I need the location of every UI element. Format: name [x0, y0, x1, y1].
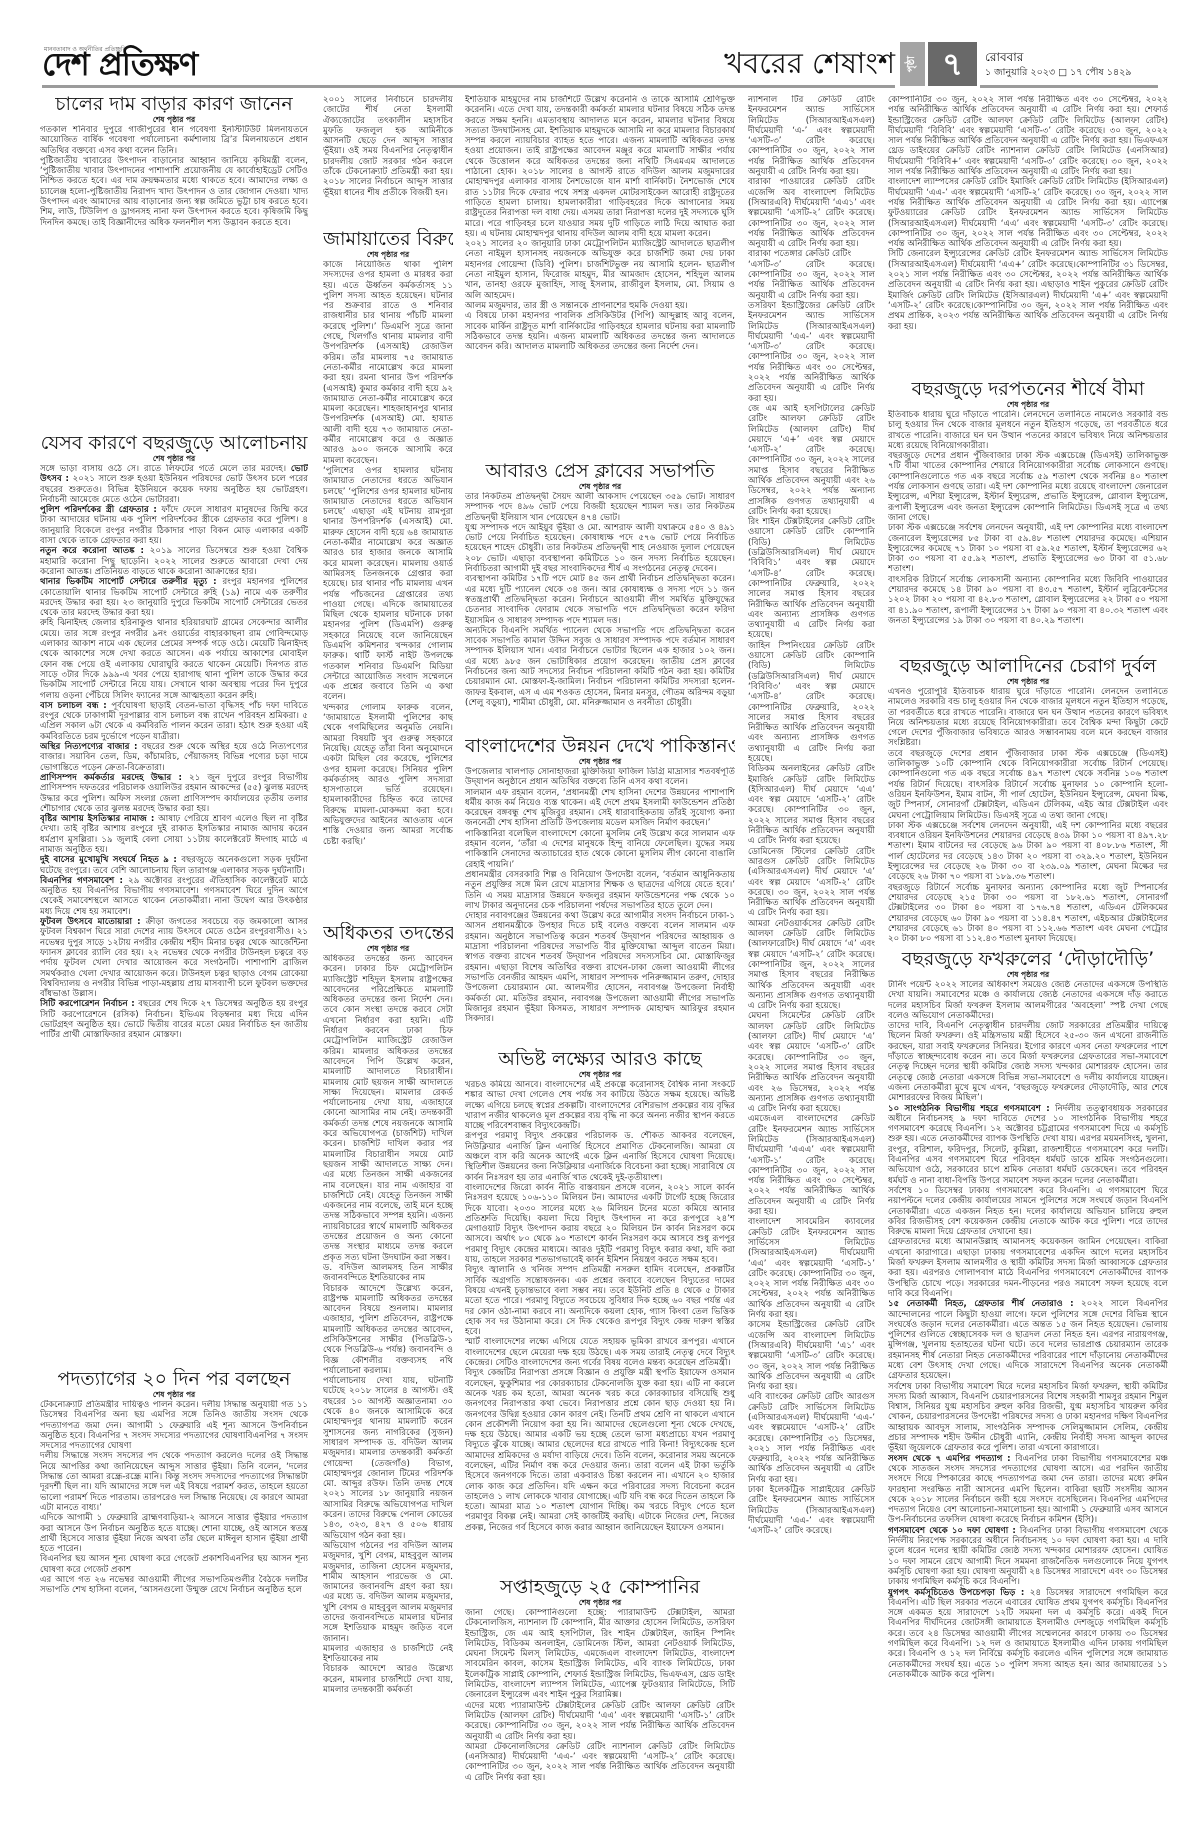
paragraph-text: তসরিফা ইন্ডাস্ট্রিজের ক্রেডিট রেটিং ইনফর…	[748, 301, 875, 404]
paragraph-text: ঢাকা ইলেকট্রিক সাপ্লাইয়ের ক্রেডিট রেটিং…	[748, 1485, 875, 1536]
paragraph-text: বিচারক আদেশে আরও উল্লেখ্য করেন, মামলার চ…	[323, 1664, 453, 1695]
paragraph: ব্যবস্থাপনা কমিটির ১৭টি পদে মোট ৪৫ জন প্…	[465, 574, 735, 625]
article-headline: বছরজুড়ে দরপতনের শীর্ষে বীমা	[888, 378, 1168, 400]
paragraph-text: টার্নিং পয়েন্ট ২০২২ সালের অধিকাংশ সময়ে…	[888, 980, 1168, 1021]
paragraph-text: ক্রীড়া জগতের সবচেয়ে বড় জমকালো আসর ফুট…	[40, 917, 308, 999]
paragraph-text: ঢাকা স্টক এক্সচেঞ্জে সর্বশেষ লেনদেন অনুয…	[888, 523, 1168, 574]
paragraph: কাজে নিয়োজিত থাকা পুলিশ সদস্যদের ওপর হা…	[323, 260, 453, 466]
paragraph-text: আলম মজুমদার, তার স্ত্রী ও সন্তানকে প্রাণ…	[465, 301, 688, 311]
article-headline: পদত্যাগের ২০ দিন পর বলছেন	[40, 1368, 308, 1390]
paragraph-text: সর্বশেষ ১০ ডিসেম্বর ঢাকায় গণসমাবেশ করে …	[888, 1186, 1168, 1237]
paragraph-text: ২০২১ সালের ২০ জানুয়ারি ঢাকা মেট্রোপলিটন…	[465, 239, 735, 300]
paragraph-text: পর্যালোচনায় দেখা যায়, ঘটনাটি ঘটেছে ২০১…	[323, 1376, 453, 1540]
paragraph-text: পুষ্টিজাতীয় খাবারের উৎপাদন বাড়ানোর আহ্…	[40, 156, 308, 228]
newspaper-logo: দেশ প্রতিক্ষণ	[42, 48, 197, 80]
paragraph-text: অভিযোগ গঠনের পর বদিউল আলম মজুমদার, খুশি …	[323, 1541, 453, 1644]
paragraph: এখনও পুরোপুরি ইতিবাচক ধারায় ঘুরে দাঁড়া…	[888, 687, 1168, 749]
paragraph-text: ব্যবস্থাপনা কমিটির ১৭টি পদে মোট ৪৫ জন প্…	[465, 574, 735, 625]
paragraph: বিএনপির ছয় আসন শূন্য ঘোষণা করে গেজেট প্…	[40, 1554, 308, 1575]
paragraph-text: কাজে নিয়োজিত থাকা পুলিশ সদস্যদের ওপর হা…	[323, 260, 453, 466]
paragraph-text: বিচারক আদেশে উল্লেখ্য করেন, রাষ্ট্রপক্ষ …	[323, 1284, 453, 1376]
paragraph-text: ড. বদিউল আলমসহ তিন সাক্ষীর জবানবন্দিতে ই…	[323, 1263, 453, 1283]
paragraph-text: জে এম আই হসপিটালের ক্রেডিট রেটিং আলফা ক্…	[748, 404, 875, 517]
paragraph-text: ‘পুলিশের ওপর হামলার ঘটনায় জামায়াত নেতা…	[323, 466, 453, 703]
paragraph: ডোমিনেজ স্টিলের ক্রেডিট রেটিং আরগুস ক্রে…	[748, 847, 875, 919]
paragraph-text: ২০২১ সালে শুরু হওয়া ইউনিয়ন পরিষদের ভোট…	[40, 474, 308, 505]
paragraph: ইশতিয়াক মাহমুদের নাম চার্জশিটে উল্লেখ ক…	[465, 95, 735, 239]
paragraph-lead: ফুটবল উৎসবে মাতোয়ারা :	[40, 917, 146, 927]
paragraph-text: অধিকতর তদন্তের জন্য আবেদন করেন। ঢাকার চি…	[323, 954, 453, 1263]
paragraph: সিটি করপোরেশন নির্বাচন : বছরের শেষ দিকে …	[40, 999, 308, 1040]
paragraph-text: বিডিকম অনলাইনের ক্রেডিট রেটিং ইমার্জিং ক…	[748, 764, 875, 846]
paragraph: সিটি জেনারেল ইন্স্যুরেন্সের ক্রেডিট রেটি…	[888, 249, 1168, 331]
paragraph-text: কোম্পানিটির ৩০ জুন, ২০২২ সাল পর্যন্ত নির…	[888, 95, 1168, 177]
paragraph-text: রুহি ঝিনাইদহ জেলার হরিনাকুণ্ড থানার হরিয…	[40, 618, 308, 700]
paragraph: জানা গেছে। কোম্পানিগুলো হচ্ছে: প্যারামাউ…	[465, 1608, 735, 1701]
article-resignation: পদত্যাগের ২০ দিন পর বলছেন শেষ পৃষ্ঠার পর…	[40, 1368, 308, 1800]
article-development-pakistan: বাংলাদেশের উন্নয়ন দেখে পাকিস্তানও শেষ প…	[465, 735, 735, 1045]
newspaper-page: মানবতাবাদ ও অর্থনীতির প্রতিচ্ছবি দেশ প্র…	[0, 0, 1200, 1843]
paragraph-text: দোহার নবাবগঞ্জের উন্নয়নের কথা উল্লেখ কর…	[465, 911, 735, 1024]
paragraph-text: বাংলাদেশের জিরো কার্বন নীতি বাস্তবায়ন প…	[465, 1183, 735, 1265]
paragraph-text: ২৪ ডিসেম্বর সারাদেশে গণমিছিল করে বিএনপি।…	[888, 1588, 1168, 1680]
paragraph: স্মার্ট বাংলাদেশের লক্ষ্যে এগিয়ে যেতে স…	[465, 1337, 735, 1368]
paragraph-text: আমরা টেকনোলজিসের ক্রেডিট রেটিং ন্যাশনাল …	[465, 1742, 735, 1783]
paragraph-text: ডোমিনেজ স্টিলের ক্রেডিট রেটিং আরগুস ক্রে…	[748, 847, 875, 919]
article-body: কাজে নিয়োজিত থাকা পুলিশ সদস্যদের ওপর হা…	[323, 260, 453, 918]
paragraph: অস্থির নিত্যপণ্যের বাজার : বছরের শুরু থে…	[40, 742, 308, 773]
paragraph-text: প্রধানমন্ত্রীর বেসরকারি শিল্প ও বিনিয়োগ…	[465, 870, 735, 911]
paragraph: তার নিকটতম প্রতিদ্বন্দ্বী সৈয়দ আলী আকসা…	[465, 492, 735, 523]
paragraph: উপজেলার খালপাড় সোনাহাজরা মুক্তিজিয়া ফা…	[465, 767, 735, 788]
paragraph: সালমান এফ রহমান বলেন, ‘প্রধানমন্ত্রী শেখ…	[465, 788, 735, 829]
paragraph: দুই বাসের মুখোমুখি সংঘর্ষে নিহত ৯ : বছরজ…	[40, 855, 308, 876]
article-fakhrul-running: বছরজুড়ে ফখরুলের ‘দৌড়াদৌড়ি’ শেষ পৃষ্ঠা…	[888, 948, 1168, 1800]
paragraph-text: উপজেলার খালপাড় সোনাহাজরা মুক্তিজিয়া ফা…	[465, 767, 735, 787]
continued-label: শেষ পৃষ্ঠার পর	[323, 250, 453, 259]
paragraph: যুগ্ম সম্পাদক পদে আইয়ুব ভূঁইয়া ও মো. আ…	[465, 523, 735, 574]
paragraph-text: অন্যদিকে বিএনপি সমর্থিত প্যানেল থেকে সভা…	[465, 626, 735, 708]
paragraph: থানার ভিকটিম সাপোর্ট সেন্টারে তরুণীর মৃত…	[40, 577, 308, 618]
paragraph: খন্দকার গোলাম ফারুক বলেন, ‘জামায়াতে ইসল…	[323, 703, 453, 847]
article-headline: অধিকতর তদন্তের	[323, 922, 453, 944]
paragraph-text: যুগ্ম সম্পাদক পদে আইয়ুব ভূঁইয়া ও মো. আ…	[465, 523, 735, 574]
paragraph-text: এ বিষয়ে ঢাকা মহানগর পাবলিক প্রসিকিউটর (…	[465, 311, 735, 352]
article-body: সঙ্গে ভাড়া বাসায় ওঠে সে। রাতে লিফটের গ…	[40, 464, 308, 1364]
paragraph: ন্যাশনাল টির ক্রেডিট রেটিং ইনফরমেশন অ্যা…	[748, 95, 875, 177]
paragraph-lead: ১০ সাংগঠনিক বিভাগীয় শহরে গণসমাবেশ :	[888, 1104, 1055, 1114]
article-body: উপজেলার খালপাড় সোনাহাজরা মুক্তিজিয়া ফা…	[465, 767, 735, 1045]
paragraph: অন্যদিকে বিএনপি সমর্থিত প্যানেল থেকে সভা…	[465, 626, 735, 708]
continued-label: শেষ পৃষ্ঠার পর	[888, 400, 1168, 409]
article-body: অধিকতর তদন্তের জন্য আবেদন করেন। ঢাকার চি…	[323, 954, 453, 1800]
paragraph-text: তার নিকটতম প্রতিদ্বন্দ্বী সৈয়দ আলী আকসা…	[465, 492, 735, 523]
paragraph: ১৫ নেতাকর্মী নিহত, গ্রেফতার শীর্ষ নেতারা…	[888, 1299, 1168, 1381]
paragraph: বিদ্যুৎ জ্বালানি ও খনিজ সম্পদ প্রতিমন্ত্…	[465, 1265, 735, 1337]
paragraph: ১০ সাংগঠনিক বিভাগীয় শহরে গণসমাবেশ : নির…	[888, 1104, 1168, 1186]
paragraph: ঢাকা স্টক এক্সচেঞ্জে সর্বশেষ লেনদেন অনুয…	[888, 523, 1168, 574]
article-headline: বাংলাদেশের উন্নয়ন দেখে পাকিস্তানও	[465, 735, 735, 757]
paragraph: ঢাকা ইলেকট্রিক সাপ্লাইয়ের ক্রেডিট রেটিং…	[748, 1485, 875, 1536]
paragraph: পাকিস্তানিরা বলেছিল বাংলাদেশে কোনো মুসলি…	[465, 829, 735, 870]
paragraph: ২০০১ সালের নির্বাচনে চারদলীয় জোটের শীর্…	[323, 95, 453, 198]
paragraph: মামলার এজাহার ও চার্জশিটে নেই ইশতিয়াকের…	[323, 1644, 453, 1665]
paragraph-text: ন্যাশনাল টির ক্রেডিট রেটিং ইনফরমেশন অ্যা…	[748, 95, 875, 177]
paragraph: পুলিশ পরিদর্শকের স্ত্রী গ্রেফতার : ফাঁদে…	[40, 505, 308, 546]
paragraph: বাৎসরিক রিটার্নে সর্বোচ্চ লোকসানী অন্যান…	[888, 575, 1168, 626]
paragraph-text: নির্দলীয় তত্ত্বাবধায়ক সরকারের অধীনে নি…	[888, 1104, 1168, 1186]
paragraph: বৃষ্টির আশায় ইসতিস্কার নামাজ : আষাঢ় পে…	[40, 814, 308, 855]
paragraph-text: ২০২২ সালে বিএনপির আন্দোলনের পালে কিছুটা …	[888, 1299, 1168, 1381]
paragraph: নতুন করে করোনা আতঙ্ক : ২০১৯ সালের ডিসেম্…	[40, 546, 308, 577]
paragraph-text: এদের মধ্যে প্যারামাউন্ট টেক্সটাইলের ক্রে…	[465, 1701, 735, 1742]
section-title: খবরের শেষাংশ	[724, 46, 895, 80]
paragraph: গ্রেফতারদের মধ্যে আমানউল্লাহ আমানসহ কয়ে…	[888, 1237, 1168, 1299]
paragraph-text: মেঘনা সিমেন্টের ক্রেডিট রেটিং আলফা ক্রেড…	[748, 1011, 875, 1114]
article-continuation: ২০০১ সালের নির্বাচনে চারদলীয় জোটের শীর্…	[323, 95, 453, 226]
paragraph-text: মামলার এজাহার ও চার্জশিটে নেই ইশতিয়াকের…	[323, 1644, 453, 1664]
paragraph: বছরজুড়ে দেশের প্রধান পুঁজিবাজার ঢাকা স্…	[888, 451, 1168, 523]
article-body: ইশতিয়াক মাহমুদের নাম চার্জশিটে উল্লেখ ক…	[465, 95, 735, 457]
paragraph: গতকাল শনিবার দুপুরে গাজীপুরের ধান গবেষণা…	[40, 125, 308, 156]
paragraph: তাদের দাবি, বিএনপি নেতৃত্বাধীন চারদলীয় …	[888, 1021, 1168, 1103]
continued-label: শেষ পৃষ্ঠার পর	[888, 970, 1168, 979]
paragraph: অভিযোগ গঠনের পর বদিউল আলম মজুমদার, খুশি …	[323, 1541, 453, 1644]
paragraph-lead: দুই বাসের মুখোমুখি সংঘর্ষে নিহত ৯ :	[40, 855, 181, 865]
paragraph: এমজেএল বাংলাদেশের ক্রেডিট রেটিং ইনফরমেশন…	[748, 1114, 875, 1217]
article-further-investigation: অধিকতর তদন্তের শেষ পৃষ্ঠার পর অধিকতর তদন…	[323, 922, 453, 1800]
paragraph-text: ২০০১ সালের নির্বাচনে চারদলীয় জোটের শীর্…	[323, 95, 453, 198]
paragraph: বারাকা পাওয়ারের ক্রেডিট রেটিং এজেন্সি অ…	[748, 177, 875, 249]
article-body: ইতিবাচক ধারায় ঘুরে দাঁড়াতে পারেনি। লেন…	[888, 410, 1168, 652]
paragraph-text: জানা গেছে। কোম্পানিগুলো হচ্ছে: প্যারামাউ…	[465, 1608, 735, 1700]
paragraph: জাহিন স্পিনিংয়ের ক্রেডিট রেটিং ওয়াসো ক…	[748, 641, 875, 765]
paragraph-text: বিএনপির ঢাকা বিভাগীয় গণসমাবেশের মঞ্চ থে…	[888, 1454, 1168, 1526]
paragraph-lead: সংসদ থেকে ৭ এমপির পদত্যাগ :	[888, 1454, 1015, 1464]
masthead-rule	[42, 85, 895, 88]
article-body: জানা গেছে। কোম্পানিগুলো হচ্ছে: প্যারামাউ…	[465, 1608, 735, 1800]
paragraph: কোম্পানিটির ৩০ জুন, ২০২২ সাল পর্যন্ত নির…	[888, 95, 1168, 177]
paragraph-lead: বিএনপির গণসমাবেশ :	[40, 876, 128, 886]
paragraph: বছরজুড়ে রিটার্নে সর্বোচ্চ মুনাফার অন্যা…	[888, 883, 1168, 945]
paragraph: প্রধানমন্ত্রীর বেসরকারি শিল্প ও বিনিয়োগ…	[465, 870, 735, 911]
paragraph: সঙ্গে ভাড়া বাসায় ওঠে সে। রাতে লিফটের গ…	[40, 464, 308, 505]
paragraph: প্রাণিসম্পদ কর্মকর্তার মরদেহ উদ্ধার : ২১…	[40, 773, 308, 814]
article-body: টেকনোক্র্যাট প্রতিমন্ত্রীর দায়িত্বও পাল…	[40, 1400, 308, 1800]
page-label: পৃষ্ঠা	[904, 56, 921, 72]
paragraph: কাসেম ইন্ডাস্ট্রিজের ক্রেডিট রেটিং এজেন্…	[748, 1320, 875, 1392]
paragraph-text: গতকাল শনিবার দুপুরে গাজীপুরের ধান গবেষণা…	[40, 125, 308, 156]
paragraph-text: বছরজুড়ে দেশের প্রধান পুঁজিবাজার ঢাকা স্…	[888, 451, 1168, 523]
article-jamaat-cases: জামায়াতের বিরুদ্ধে শেষ পৃষ্ঠার পর কাজে …	[323, 228, 453, 918]
paragraph: টার্নিং পয়েন্ট ২০২২ সালের অধিকাংশ সময়ে…	[888, 980, 1168, 1021]
paragraph-text: খরচও কমিয়ে আনবে। বাংলাদেশের এই প্রকল্পে…	[465, 1080, 735, 1131]
paragraph-text: বারাকা পতেঙ্গার ক্রেডিট রেটিং	[748, 249, 851, 259]
article-body: তার নিকটতম প্রতিদ্বন্দ্বী সৈয়দ আলী আকসা…	[465, 492, 735, 733]
paragraph-pre-text: সঙ্গে ভাড়া বাসায় ওঠে সে। রাতে লিফটের গ…	[40, 464, 291, 474]
paragraph-text: রূপপুর পরমাণু বিদ্যুৎ প্রকল্পের পরিচালক …	[465, 1131, 735, 1182]
article-headline: অভিষ্ট লক্ষ্যের আরও কাছে	[465, 1048, 735, 1070]
paragraph-lead: নতুন করে করোনা আতঙ্ক :	[40, 546, 150, 556]
paragraph: বাংলাদেশ সাবমেরিন ক্যাবলের ক্রেডিট রেটিং…	[748, 1217, 875, 1320]
article-body: কোম্পানিটির ৩০ জুন, ২০২২ সাল পর্যন্ত নির…	[888, 95, 1168, 375]
article-continuation: ন্যাশনাল টির ক্রেডিট রেটিং ইনফরমেশন অ্যা…	[748, 95, 875, 1800]
paragraph: সংসদ থেকে ৭ এমপির পদত্যাগ : বিএনপির ঢাকা…	[888, 1454, 1168, 1526]
paragraph-text: এমজেএল বাংলাদেশের ক্রেডিট রেটিং ইনফরমেশন…	[748, 1114, 875, 1217]
paragraph: যুগপৎ কর্মসূচিতেও উপচেপড়া ভিড় : ২৪ ডিস…	[888, 1588, 1168, 1681]
paragraph-text: বছরজুড়ে রিটার্নে সর্বোচ্চ মুনাফার অন্যা…	[888, 883, 1168, 944]
paragraph: ‘এসটি-৩’ রেটিং করেছে। কোম্পানিটির ৩০ জুন…	[748, 260, 875, 301]
paragraph: দোহার নবাবগঞ্জের উন্নয়নের কথা উল্লেখ কর…	[465, 911, 735, 1024]
paragraph: বিচারক আদেশে আরও উল্লেখ্য করেন, মামলার চ…	[323, 1664, 453, 1695]
paragraph-lead: সিটি করপোরেশন নির্বাচন :	[40, 999, 138, 1009]
paragraph: সর্বশেষ ১০ ডিসেম্বর ঢাকায় গণসমাবেশ করে …	[888, 1186, 1168, 1237]
paragraph: বারাকা পতেঙ্গার ক্রেডিট রেটিং	[748, 249, 875, 259]
paragraph-text: আমরা নেটওয়ার্কসের ক্রেডিট রেটিং আলফা ক্…	[748, 919, 875, 1011]
article-headline: বছরজুড়ে ফখরুলের ‘দৌড়াদৌড়ি’	[888, 948, 1168, 970]
paragraph-text: বিদ্যুৎ কেন্দ্রটির নিরাপত্তা প্রসঙ্গে বি…	[465, 1368, 735, 1532]
paragraph: বাস চলাচল বন্ধ : পূর্বঘোষণা ছাড়াই বেতন-…	[40, 701, 308, 742]
paragraph: এদের মধ্যে প্যারামাউন্ট টেক্সটাইলের ক্রে…	[465, 1701, 735, 1742]
paragraph: আলম মজুমদার, তার স্ত্রী ও সন্তানকে প্রাণ…	[465, 301, 735, 311]
page-label-badge: পৃষ্ঠা	[900, 42, 925, 86]
paragraph-text: বারাকা পাওয়ারের ক্রেডিট রেটিং এজেন্সি অ…	[748, 177, 875, 249]
article-year-in-review-rangpur: যেসব কারণে বছরজুড়ে আলোচনায় শেষ পৃষ্ঠার…	[40, 432, 308, 1364]
article-continuation: কোম্পানিটির ৩০ জুন, ২০২২ সাল পর্যন্ত নির…	[888, 95, 1168, 375]
paragraph-text: বাৎসরিক রিটার্নে সর্বোচ্চ লোকসানী অন্যান…	[888, 575, 1168, 626]
article-aladdin-lamp: বছরজুড়ে আলাদিনের চেরাগ দুর্বল শেষ পৃষ্ঠ…	[888, 655, 1168, 945]
paragraph-text: সর্বশেষ ঢাকা বিভাগীয় সমাবেশ ঘিরে দলের ম…	[888, 1382, 1168, 1454]
article-headline: যেসব কারণে বছরজুড়ে আলোচনায়	[40, 432, 308, 454]
article-rice-price: চালের দাম বাড়ার কারণ জানেন শেষ পৃষ্ঠার …	[40, 93, 308, 428]
continued-label: শেষ পৃষ্ঠার পর	[40, 1390, 308, 1399]
continued-label: শেষ পৃষ্ঠার পর	[465, 482, 735, 491]
date-rule	[980, 85, 1158, 88]
paragraph: তবে বছরজুড়ে দেশের প্রধান পুঁজিবাজার ঢাক…	[888, 749, 1168, 821]
paragraph: বিদ্যুৎ কেন্দ্রটির নিরাপত্তা প্রসঙ্গে বি…	[465, 1368, 735, 1533]
paragraph: এবি ব্যাংকের ক্রেডিট রেটিং আরগুস ক্রেডিট…	[748, 1392, 875, 1485]
paragraph-text: ইশতিয়াক মাহমুদের নাম চার্জশিটে উল্লেখ ক…	[465, 95, 735, 239]
paragraph: এ বিষয়ে ঢাকা মহানগর পাবলিক প্রসিকিউটর (…	[465, 311, 735, 352]
paragraph-text: বাংলাদেশ সাবমেরিন ক্যাবলের ক্রেডিট রেটিং…	[748, 1217, 875, 1320]
paragraph-text: বাংলাদেশ ল্যাম্পসের ক্রেডিট রেটিং ইমার্জ…	[888, 177, 1168, 249]
article-press-club: আবারও প্রেস ক্লাবের সভাপতি শেষ পৃষ্ঠার প…	[465, 460, 735, 733]
paragraph-text: ঢাকা স্টক এক্সচেঞ্জে সর্বশেষ লেনদেন অনুয…	[888, 821, 1168, 882]
paragraph: মেঘনা সিমেন্টের ক্রেডিট রেটিং আলফা ক্রেড…	[748, 1011, 875, 1114]
issue-weekday: রোববার	[985, 50, 1023, 64]
article-body: টার্নিং পয়েন্ট ২০২২ সালের অধিকাংশ সময়ে…	[888, 980, 1168, 1800]
paragraph: অধিকতর তদন্তের জন্য আবেদন করেন। ঢাকার চি…	[323, 954, 453, 1263]
paragraph: বিচারক আদেশে উল্লেখ্য করেন, রাষ্ট্রপক্ষ …	[323, 1284, 453, 1377]
paragraph: তসরিফা ইন্ডাস্ট্রিজের ক্রেডিট রেটিং ইনফর…	[748, 301, 875, 404]
continued-label: শেষ পৃষ্ঠার পর	[323, 944, 453, 953]
paragraph-text: ইতিবাচক ধারায় ঘুরে দাঁড়াতে পারেনি। লেন…	[888, 410, 1168, 451]
paragraph: বাংলাদেশের জিরো কার্বন নীতি বাস্তবায়ন প…	[465, 1183, 735, 1265]
continued-label: শেষ পৃষ্ঠার পর	[465, 1070, 735, 1079]
paragraph: বিএনপির গণসমাবেশ : ২৯ অক্টোবর রংপুরের ঐত…	[40, 876, 308, 917]
article-headline: জামায়াতের বিরুদ্ধে	[323, 228, 453, 250]
paragraph-text: বিএনপির ছয় আসন শূন্য ঘোষণা করে গেজেট প্…	[40, 1554, 308, 1574]
paragraph-text: রিং শাইন টেক্সটাইলের ক্রেডিট রেটিং ওয়াস…	[748, 517, 875, 640]
article-continuation: ইশতিয়াক মাহমুদের নাম চার্জশিটে উল্লেখ ক…	[465, 95, 735, 457]
paragraph-lead: পুলিশ পরিদর্শকের স্ত্রী গ্রেফতার :	[40, 505, 161, 515]
paragraph-text: বিদ্যুৎ জ্বালানি ও খনিজ সম্পদ প্রতিমন্ত্…	[465, 1265, 735, 1337]
article-headline: আবারও প্রেস ক্লাবের সভাপতি	[465, 460, 735, 482]
paragraph: বাংলাদেশ ল্যাম্পসের ক্রেডিট রেটিং ইমার্জ…	[888, 177, 1168, 249]
paragraph: দলীয় সিদ্ধান্তে সংসদ সদস্যের পদ থেকে পদ…	[40, 1451, 308, 1513]
article-25-companies-rating: সপ্তাহজুড়ে ২৫ কোম্পানির শেষ পৃষ্ঠার পর …	[465, 1576, 735, 1800]
paragraph: আমরা টেকনোলজিসের ক্রেডিট রেটিং ন্যাশনাল …	[465, 1742, 735, 1783]
paragraph: ইতিবাচক ধারায় ঘুরে দাঁড়াতে পারেনি। লেন…	[888, 410, 1168, 451]
paragraph: পর্যালোচনায় দেখা যায়, ঘটনাটি ঘটেছে ২০১…	[323, 1376, 453, 1541]
page-number-badge: ৭	[928, 42, 977, 86]
paragraph: ঢাকা স্টক এক্সচেঞ্জে সর্বশেষ লেনদেন অনুয…	[888, 821, 1168, 883]
paragraph-text: পাকিস্তানিরা বলেছিল বাংলাদেশে কোনো মুসলি…	[465, 829, 735, 870]
paragraph-lead: বৃষ্টির আশায় ইসতিস্কার নামাজ :	[40, 814, 158, 824]
continued-label: শেষ পৃষ্ঠার পর	[465, 757, 735, 766]
paragraph: বিডিকম অনলাইনের ক্রেডিট রেটিং ইমার্জিং ক…	[748, 764, 875, 846]
article-rooppur-goal: অভিষ্ট লক্ষ্যের আরও কাছে শেষ পৃষ্ঠার পর …	[465, 1048, 735, 1573]
paragraph: পুষ্টিজাতীয় খাবারের উৎপাদন বাড়ানোর আহ্…	[40, 156, 308, 228]
paragraph-text: এখনও পুরোপুরি ইতিবাচক ধারায় ঘুরে দাঁড়া…	[888, 687, 1168, 748]
article-insurance-decline: বছরজুড়ে দরপতনের শীর্ষে বীমা শেষ পৃষ্ঠার…	[888, 378, 1168, 652]
paragraph-text: টেকনোক্র্যাট প্রতিমন্ত্রীর দায়িত্বও পাল…	[40, 1400, 308, 1451]
paragraph: সর্বশেষ ঢাকা বিভাগীয় সমাবেশ ঘিরে দলের ম…	[888, 1382, 1168, 1454]
paragraph-text: তাদের দাবি, বিএনপি নেতৃত্বাধীন চারদলীয় …	[888, 1021, 1168, 1103]
paragraph: জে এম আই হসপিটালের ক্রেডিট রেটিং আলফা ক্…	[748, 404, 875, 517]
article-body: গতকাল শনিবার দুপুরে গাজীপুরের ধান গবেষণা…	[40, 125, 308, 428]
paragraph-lead: থানার ভিকটিম সাপোর্ট সেন্টারে তরুণীর মৃত…	[40, 577, 222, 587]
paragraph: রিং শাইন টেক্সটাইলের ক্রেডিট রেটিং ওয়াস…	[748, 517, 875, 641]
paragraph-text: স্মার্ট বাংলাদেশের লক্ষ্যে এগিয়ে যেতে স…	[465, 1337, 735, 1368]
article-headline: চালের দাম বাড়ার কারণ জানেন	[40, 93, 308, 115]
article-body: এখনও পুরোপুরি ইতিবাচক ধারায় ঘুরে দাঁড়া…	[888, 687, 1168, 945]
paragraph-text: জাহিন স্পিনিংয়ের ক্রেডিট রেটিং ওয়াসো ক…	[748, 641, 875, 764]
paragraph: ফুটবল উৎসবে মাতোয়ারা : ক্রীড়া জগতের সব…	[40, 917, 308, 999]
paragraph: রূপপুর পরমাণু বিদ্যুৎ প্রকল্পের পরিচালক …	[465, 1131, 735, 1182]
paragraph-lead: গণসমাবেশ থেকে ১০ দফা ঘোষণা :	[888, 1526, 1020, 1536]
issue-date: ১ জানুয়ারি ২০২৩ □ ১৭ পৌষ ১৪২৯	[985, 67, 1131, 79]
paragraph: ‘পুলিশের ওপর হামলার ঘটনায় জামায়াত নেতা…	[323, 466, 453, 703]
paragraph-text: তবে বছরজুড়ে দেশের প্রধান পুঁজিবাজার ঢাক…	[888, 749, 1168, 821]
paragraph-text: ‘এসটি-৩’ রেটিং করেছে। কোম্পানিটির ৩০ জুন…	[748, 260, 875, 301]
continued-label: শেষ পৃষ্ঠার পর	[40, 115, 308, 124]
paragraph-lead: যুগপৎ কর্মসূচিতেও উপচেপড়া ভিড় :	[888, 1588, 1030, 1598]
paragraph-text: সিটি জেনারেল ইন্স্যুরেন্সের ক্রেডিট রেটি…	[888, 249, 1168, 331]
paragraph-text: এদিকে আগামী ১ ফেব্রুয়ারি ব্রাহ্মণবাড়িয…	[40, 1513, 308, 1554]
article-body: ন্যাশনাল টির ক্রেডিট রেটিং ইনফরমেশন অ্যা…	[748, 95, 875, 1800]
paragraph-lead: অস্থির নিত্যপণ্যের বাজার :	[40, 742, 142, 752]
paragraph: এদিকে আগামী ১ ফেব্রুয়ারি ব্রাহ্মণবাড়িয…	[40, 1513, 308, 1554]
paragraph-lead: ১৫ নেতাকর্মী নিহত, গ্রেফতার শীর্ষ নেতারা…	[888, 1299, 1081, 1309]
paragraph: আমরা নেটওয়ার্কসের ক্রেডিট রেটিং আলফা ক্…	[748, 919, 875, 1012]
article-body: খরচও কমিয়ে আনবে। বাংলাদেশের এই প্রকল্পে…	[465, 1080, 735, 1573]
paragraph-text: এর আগে গত ২৬ নভেম্বর আওয়ামী লীগের সভাপত…	[40, 1575, 308, 1595]
paragraph: ড. বদিউল আলমসহ তিন সাক্ষীর জবানবন্দিতে ই…	[323, 1263, 453, 1284]
paragraph-text: খন্দকার গোলাম ফারুক বলেন, ‘জামায়াতে ইসল…	[323, 703, 453, 847]
paragraph-text: গ্রেফতারদের মধ্যে আমানউল্লাহ আমানসহ কয়ে…	[888, 1237, 1168, 1298]
paragraph: খরচও কমিয়ে আনবে। বাংলাদেশের এই প্রকল্পে…	[465, 1080, 735, 1131]
paragraph-text: এবি ব্যাংকের ক্রেডিট রেটিং আরগুস ক্রেডিট…	[748, 1392, 875, 1484]
paragraph: এর আগে গত ২৬ নভেম্বর আওয়ামী লীগের সভাপত…	[40, 1575, 308, 1596]
paragraph-lead: প্রাণিসম্পদ কর্মকর্তার মরদেহ উদ্ধার :	[40, 773, 189, 783]
continued-label: শেষ পৃষ্ঠার পর	[40, 454, 308, 463]
article-headline: বছরজুড়ে আলাদিনের চেরাগ দুর্বল	[888, 655, 1168, 677]
paragraph-text: সালমান এফ রহমান বলেন, ‘প্রধানমন্ত্রী শেখ…	[465, 788, 735, 829]
paragraph-lead: বাস চলাচল বন্ধ :	[40, 701, 111, 711]
paragraph: টেকনোক্র্যাট প্রতিমন্ত্রীর দায়িত্বও পাল…	[40, 1400, 308, 1451]
article-headline: সপ্তাহজুড়ে ২৫ কোম্পানির	[465, 1576, 735, 1598]
paragraph: ২০২১ সালের ২০ জানুয়ারি ঢাকা মেট্রোপলিটন…	[465, 239, 735, 301]
article-body: ২০০১ সালের নির্বাচনে চারদলীয় জোটের শীর্…	[323, 95, 453, 226]
paragraph: রুহি ঝিনাইদহ জেলার হরিনাকুণ্ড থানার হরিয…	[40, 618, 308, 700]
continued-label: শেষ পৃষ্ঠার পর	[888, 677, 1168, 686]
continued-label: শেষ পৃষ্ঠার পর	[465, 1598, 735, 1607]
paragraph: গণসমাবেশ থেকে ১০ দফা ঘোষণা : বিএনপির ঢাক…	[888, 1526, 1168, 1588]
paragraph-text: দলীয় সিদ্ধান্তে সংসদ সদস্যের পদ থেকে পদ…	[40, 1451, 308, 1512]
paragraph-text: কাসেম ইন্ডাস্ট্রিজের ক্রেডিট রেটিং এজেন্…	[748, 1320, 875, 1392]
